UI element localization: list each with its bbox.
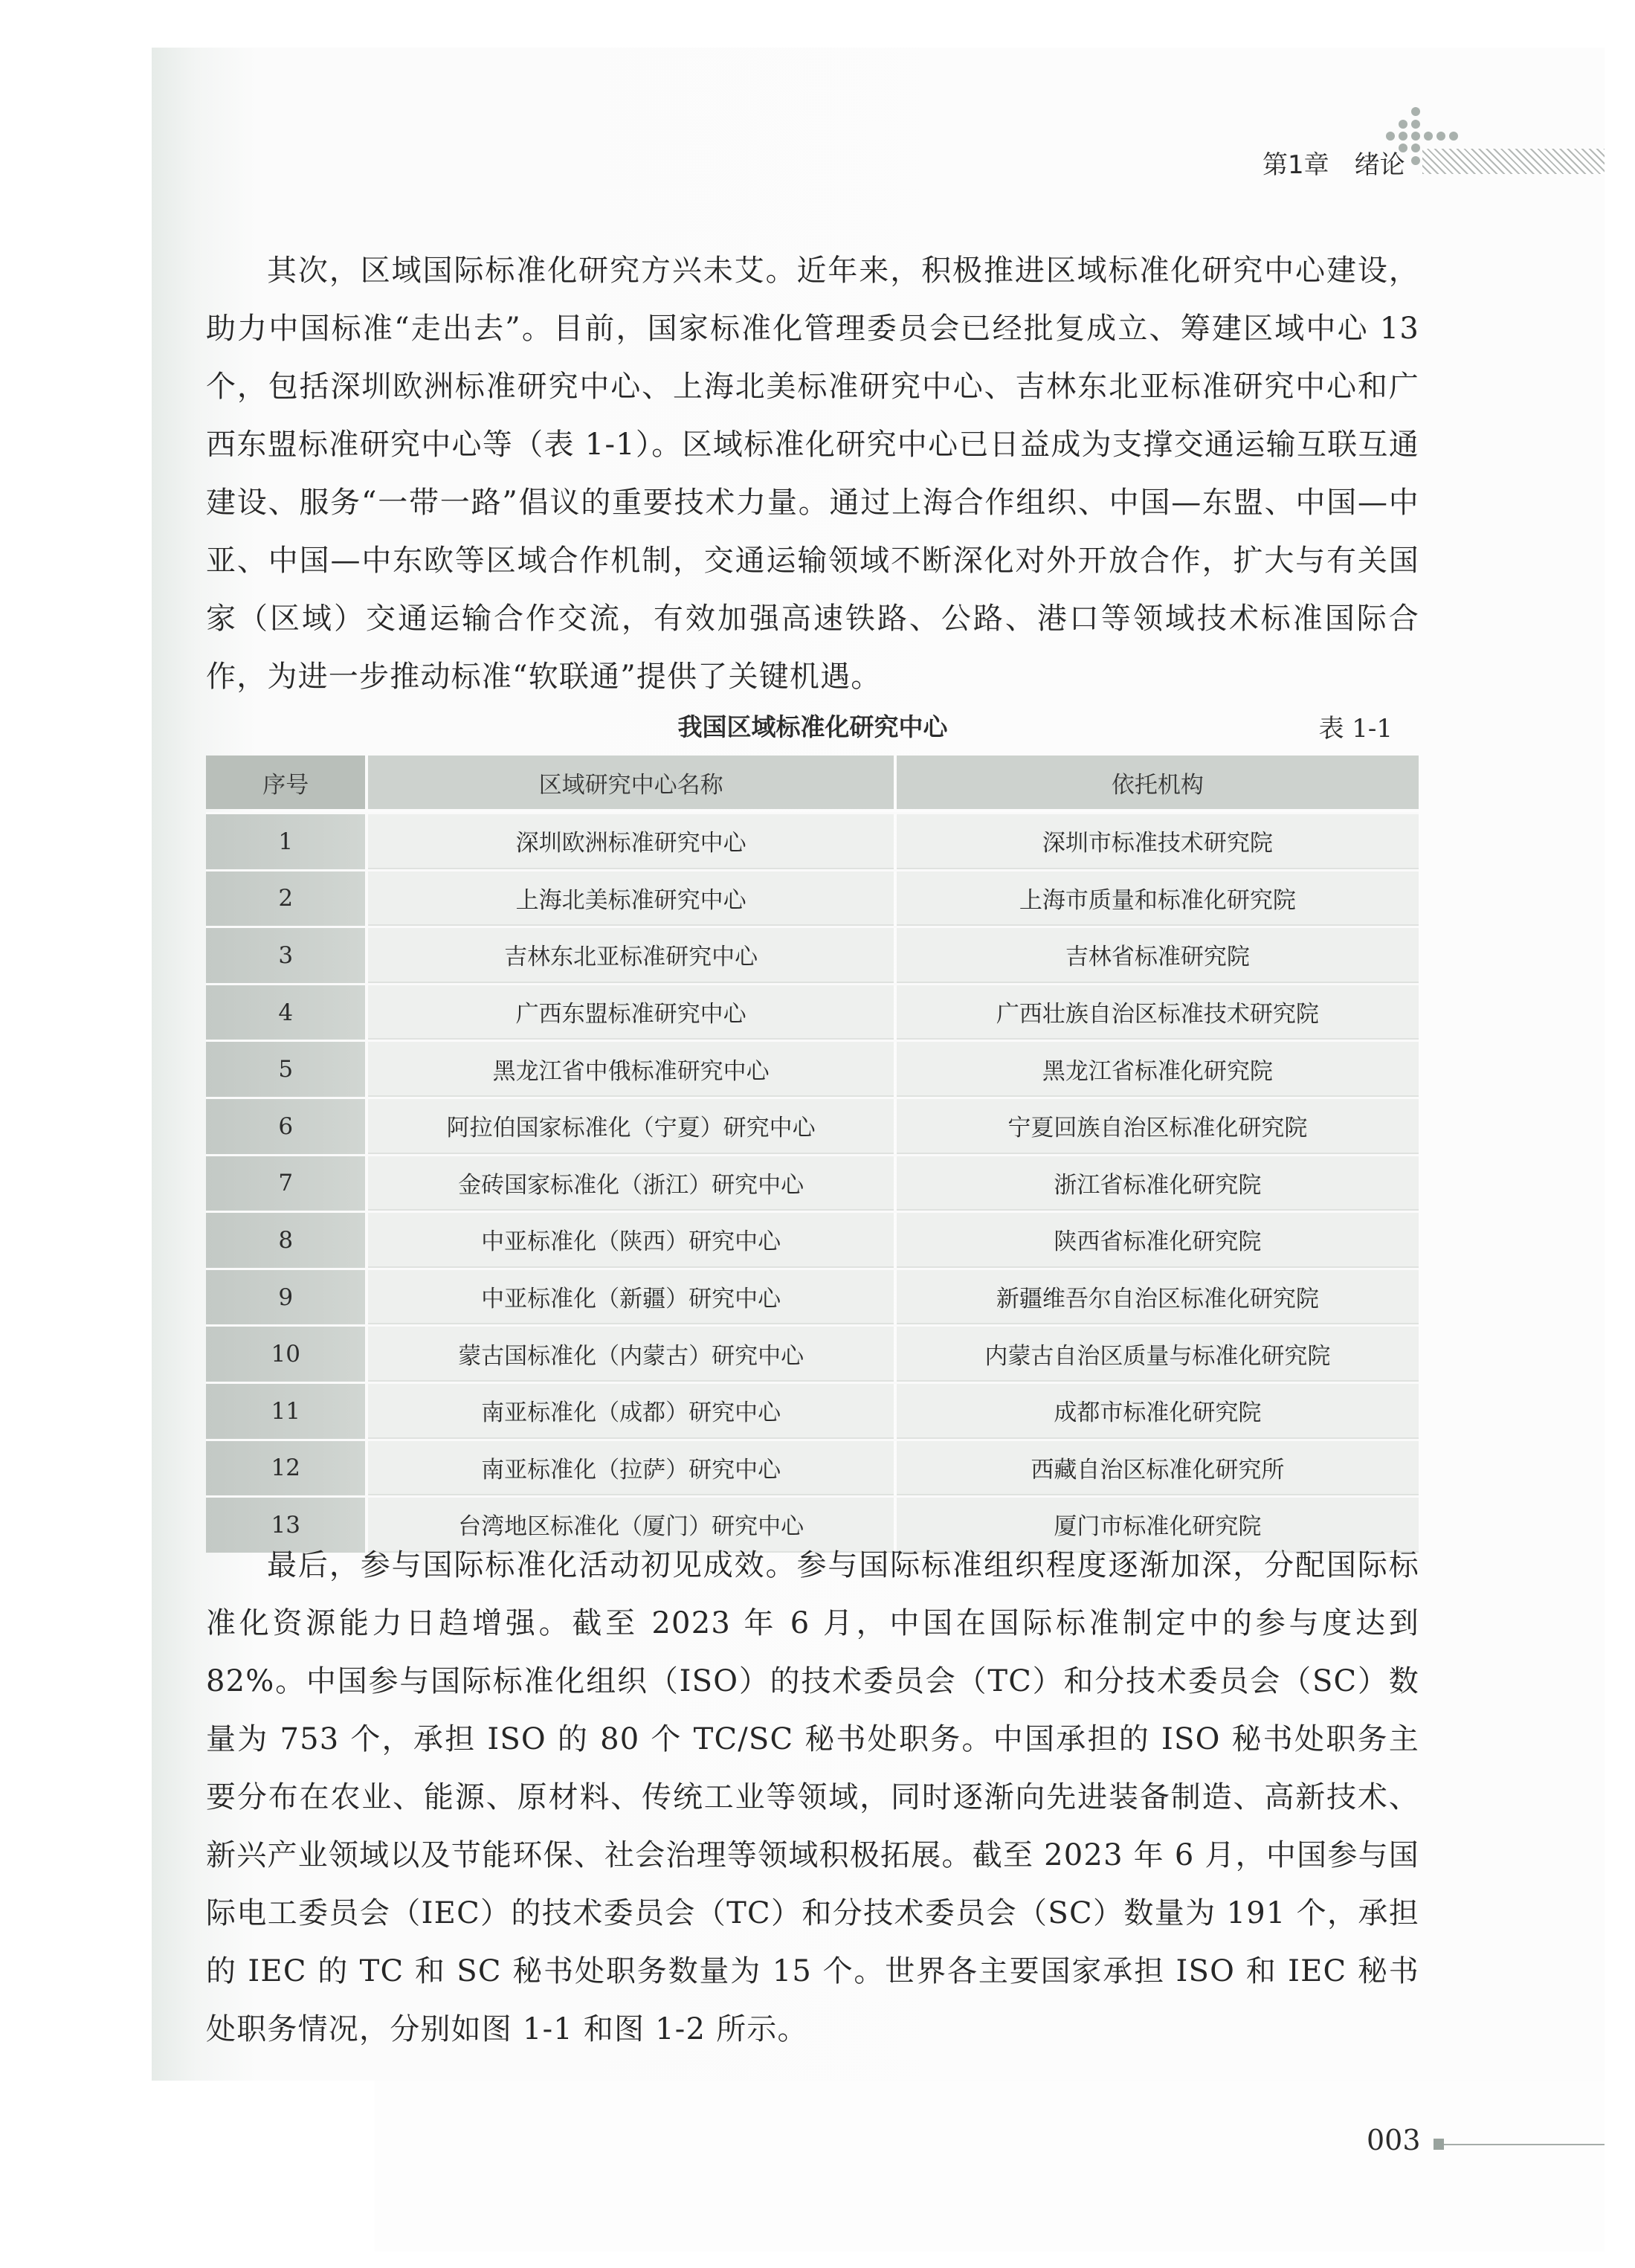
center-name: 黑龙江省中俄标准研究中心	[368, 1042, 893, 1097]
table-row: 3 吉林东北亚标准研究中心 吉林省标准研究院	[206, 926, 1419, 983]
table-row: 6 阿拉伯国家标准化（宁夏）研究中心 宁夏回族自治区标准化研究院	[206, 1097, 1419, 1154]
table-row: 8 中亚标准化（陕西）研究中心 陕西省标准化研究院	[206, 1211, 1419, 1268]
table-row: 12 南亚标准化（拉萨）研究中心 西藏自治区标准化研究所	[206, 1439, 1419, 1496]
host-org: 深圳市标准技术研究院	[897, 814, 1419, 869]
column-header-no: 序号	[206, 756, 365, 809]
host-org: 内蒙古自治区质量与标准化研究院	[897, 1327, 1419, 1382]
host-org: 新疆维吾尔自治区标准化研究院	[897, 1270, 1419, 1325]
running-header: 第1章 绪论	[1262, 140, 1405, 184]
row-number: 10	[206, 1327, 365, 1382]
center-name: 蒙古国标准化（内蒙古）研究中心	[368, 1327, 893, 1382]
table-row: 5 黑龙江省中俄标准研究中心 黑龙江省标准化研究院	[206, 1040, 1419, 1097]
center-name: 广西东盟标准研究中心	[368, 985, 893, 1040]
table-row: 9 中亚标准化（新疆）研究中心 新疆维吾尔自治区标准化研究院	[206, 1268, 1419, 1325]
host-org: 宁夏回族自治区标准化研究院	[897, 1099, 1419, 1154]
row-number: 6	[206, 1099, 365, 1154]
table-row: 11 南亚标准化（成都）研究中心 成都市标准化研究院	[206, 1382, 1419, 1439]
table-row: 4 广西东盟标准研究中心 广西壮族自治区标准技术研究院	[206, 983, 1419, 1040]
row-number: 8	[206, 1213, 365, 1268]
row-number: 11	[206, 1384, 365, 1439]
table-title: 我国区域标准化研究中心	[206, 708, 1419, 743]
center-name: 南亚标准化（成都）研究中心	[368, 1384, 893, 1439]
folio-rule	[1444, 2144, 1605, 2145]
host-org: 陕西省标准化研究院	[897, 1213, 1419, 1268]
host-org: 成都市标准化研究院	[897, 1384, 1419, 1439]
page-lower-margin	[152, 2081, 1605, 2252]
paragraph-international-participation: 最后，参与国际标准化活动初见成效。参与国际标准组织程度逐渐加深，分配国际标准化资…	[206, 1536, 1419, 2058]
center-name: 中亚标准化（陕西）研究中心	[368, 1213, 893, 1268]
host-org: 上海市质量和标准化研究院	[897, 872, 1419, 927]
table-number: 表 1-1	[1318, 708, 1393, 744]
row-number: 9	[206, 1270, 365, 1325]
row-number: 3	[206, 928, 365, 983]
regional-centers-table: 序号 区域研究中心名称 依托机构 1 深圳欧洲标准研究中心 深圳市标准技术研究院…	[206, 756, 1419, 1553]
center-name: 上海北美标准研究中心	[368, 872, 893, 927]
chapter-title: 绪论	[1355, 144, 1405, 181]
table-row: 1 深圳欧洲标准研究中心 深圳市标准技术研究院	[206, 812, 1419, 869]
column-header-center-name: 区域研究中心名称	[368, 756, 893, 809]
table-caption: 我国区域标准化研究中心 表 1-1	[206, 708, 1419, 745]
table-row: 2 上海北美标准研究中心 上海市质量和标准化研究院	[206, 869, 1419, 927]
host-org: 吉林省标准研究院	[897, 928, 1419, 983]
table-row: 7 金砖国家标准化（浙江）研究中心 浙江省标准化研究院	[206, 1154, 1419, 1211]
host-org: 黑龙江省标准化研究院	[897, 1042, 1419, 1097]
center-name: 阿拉伯国家标准化（宁夏）研究中心	[368, 1099, 893, 1154]
center-name: 深圳欧洲标准研究中心	[368, 814, 893, 869]
row-number: 1	[206, 814, 365, 869]
column-header-host-org: 依托机构	[897, 756, 1419, 809]
row-number: 12	[206, 1441, 365, 1496]
table-row: 10 蒙古国标准化（内蒙古）研究中心 内蒙古自治区质量与标准化研究院	[206, 1324, 1419, 1382]
center-name: 南亚标准化（拉萨）研究中心	[368, 1441, 893, 1496]
table-header-row: 序号 区域研究中心名称 依托机构	[206, 756, 1419, 809]
page-number: 003	[1367, 2124, 1421, 2156]
host-org: 广西壮族自治区标准技术研究院	[897, 985, 1419, 1040]
blank-margin	[152, 2081, 375, 2252]
host-org: 浙江省标准化研究院	[897, 1156, 1419, 1211]
folio-square-icon	[1434, 2139, 1444, 2150]
row-number: 5	[206, 1042, 365, 1097]
chapter-number: 第1章	[1262, 144, 1329, 181]
row-number: 4	[206, 985, 365, 1040]
center-name: 金砖国家标准化（浙江）研究中心	[368, 1156, 893, 1211]
center-name: 中亚标准化（新疆）研究中心	[368, 1270, 893, 1325]
host-org: 西藏自治区标准化研究所	[897, 1441, 1419, 1496]
center-name: 吉林东北亚标准研究中心	[368, 928, 893, 983]
hatch-bar-decoration	[1422, 149, 1605, 174]
paragraph-regional-centers: 其次，区域国际标准化研究方兴未艾。近年来，积极推进区域标准化研究中心建设，助力中…	[206, 242, 1419, 706]
row-number: 7	[206, 1156, 365, 1211]
row-number: 2	[206, 872, 365, 927]
